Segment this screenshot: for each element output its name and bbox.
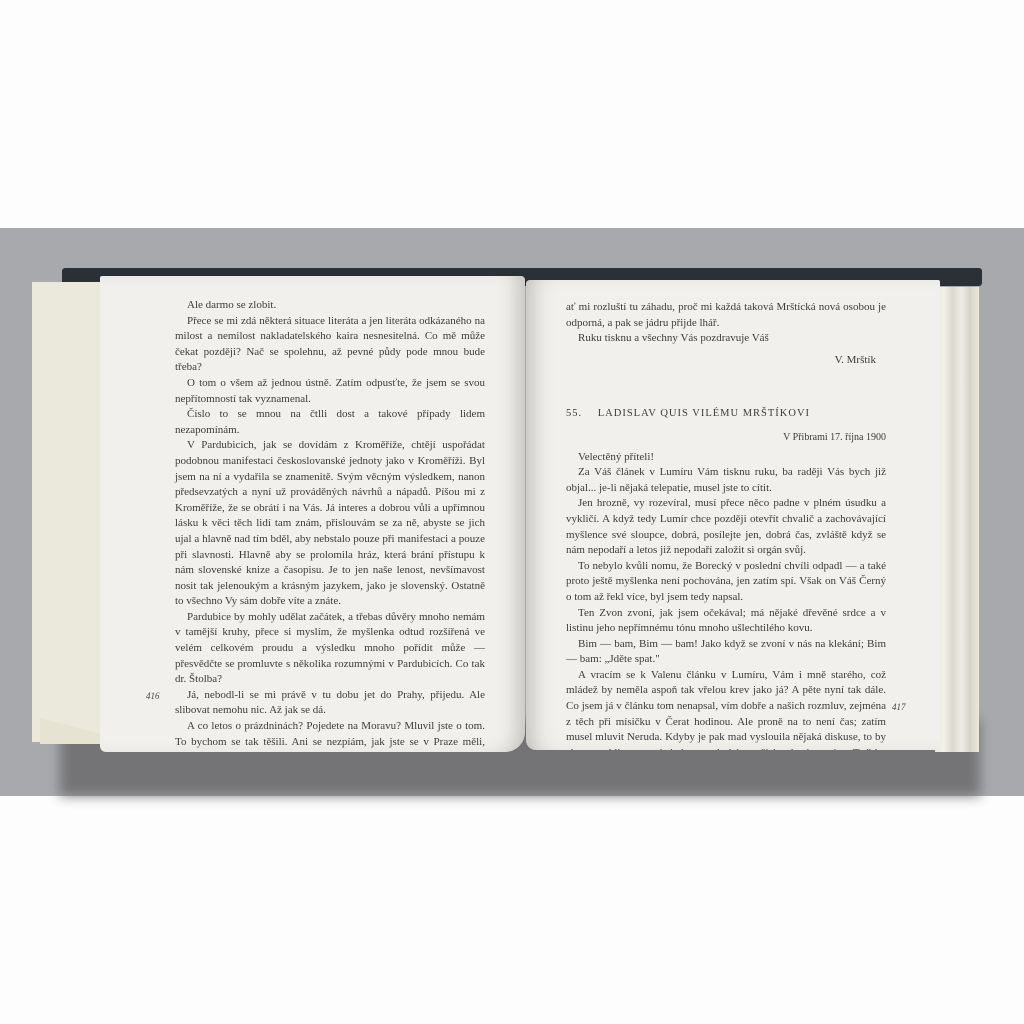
- right-page: ať mi rozluští tu záhadu, proč mi každá …: [526, 280, 940, 750]
- paragraph: Přece se mi zdá některá situace literáta…: [175, 314, 485, 376]
- paragraph: Jen hrozně, vy rozevíral, musí přece něc…: [566, 496, 886, 558]
- signature: V. Mrštík: [566, 353, 876, 369]
- paragraph: To nebylo kvůli nomu, že Borecký v posle…: [566, 559, 886, 606]
- paragraph: ať mi rozluští tu záhadu, proč mi každá …: [566, 300, 886, 331]
- place-date: V Přibrami 17. října 1900: [566, 430, 886, 446]
- paragraph: A vracím se k Valenu článku v Lumíru, Vá…: [566, 668, 886, 750]
- paragraph: Já, nebodl-li se mi právě v tu dobu jet …: [175, 688, 485, 719]
- left-page: Ale darmo se zlobit. Přece se mi zdá něk…: [100, 276, 525, 752]
- paragraph: Ten Zvon zvoní, jak jsem očekával; má ně…: [566, 606, 886, 637]
- paragraph: Pardubice by mohly udělat začátek, a tře…: [175, 610, 485, 688]
- right-page-edges: [935, 287, 979, 752]
- page-number: 417: [892, 700, 906, 716]
- letter-number: 55.: [566, 408, 582, 419]
- salutation: Velectěný příteli!: [566, 450, 886, 466]
- paragraph: O tom o všem až jednou ústně. Zatím odpu…: [175, 376, 485, 407]
- page-number: 416: [146, 689, 160, 705]
- paragraph: Za Váš článek v Lumíru Vám tisknu ruku, …: [566, 465, 886, 496]
- paragraph: Bim — bam, Bim — bam! Jako když se zvoní…: [566, 637, 886, 668]
- paragraph: Ruku tisknu a všechny Vás pozdravuje Váš: [566, 331, 886, 347]
- paragraph: Číslo to se mnou na čtlli dost a takové …: [175, 407, 485, 438]
- right-page-text: ať mi rozluští tu záhadu, proč mi každá …: [566, 300, 886, 750]
- paragraph: V Pardubicích, jak se dovídám z Kroměříž…: [175, 438, 485, 610]
- letter-heading: 55. LADISLAV QUIS VILÉMU MRŠTÍKOVI: [566, 406, 886, 422]
- letter-title: LADISLAV QUIS VILÉMU MRŠTÍKOVI: [598, 408, 810, 419]
- paragraph: A co letos o prázdninách? Pojedete na Mo…: [175, 719, 485, 752]
- left-page-text: Ale darmo se zlobit. Přece se mi zdá něk…: [175, 298, 485, 752]
- paragraph: Ale darmo se zlobit.: [175, 298, 485, 314]
